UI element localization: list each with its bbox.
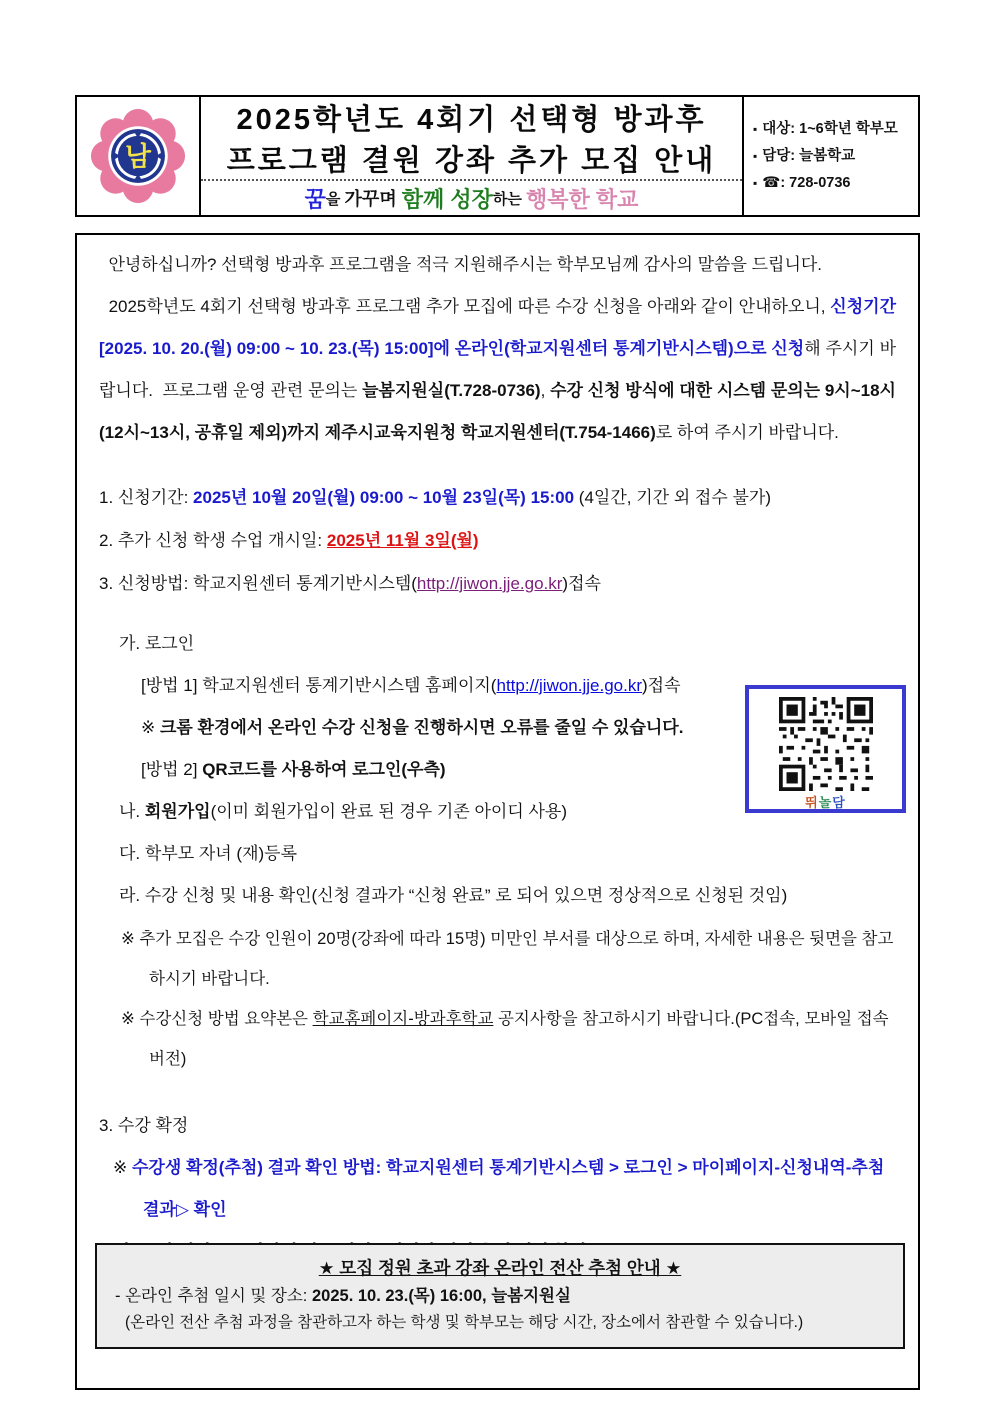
- reference-mark: ※: [113, 1158, 132, 1177]
- reference-mark: ※: [141, 718, 160, 737]
- qr-label-char: 놀: [819, 795, 833, 810]
- slogan-particle: 을: [326, 188, 345, 209]
- note-capacity: ※ 추가 모집은 수강 인원이 20명(강좌에 따라 15명) 미만인 부서를 …: [121, 919, 896, 999]
- notes-section: ※ 추가 모집은 수강 인원이 20명(강좌에 따라 15명) 미만인 부서를 …: [99, 919, 896, 1079]
- square-bullet-icon: ▪: [753, 116, 757, 143]
- chrome-note-text: 크롬 환경에서 온라인 수강 신청을 진행하시면 오류를 줄일 수 있습니다.: [160, 718, 683, 737]
- qr-label-char: 뛰: [805, 795, 819, 810]
- intro-seg7: 로 하여 주시기 바랍니다.: [656, 423, 839, 442]
- item2-label: 2. 추가 신청 학생 수업 개시일:: [99, 531, 327, 550]
- note-summary: ※ 수강신청 방법 요약본은 학교홈페이지-방과후학교 공지사항을 참고하시기 …: [121, 999, 896, 1079]
- result-check-note: ※ 수강생 확정(추첨) 결과 확인 방법: 학교지원센터 통계기반시스템 > …: [113, 1147, 896, 1231]
- emblem-glyph: 남: [125, 141, 152, 172]
- confirmation-heading: 3. 수강 확정: [99, 1105, 896, 1147]
- slogan-word-together: 함께: [402, 183, 451, 214]
- school-logo-cell: 남: [77, 97, 201, 215]
- qr-label-char: 담: [832, 795, 846, 810]
- item1-period-value: 2025년 10월 20일(월) 09:00 ~ 10월 23일(목) 15:0…: [193, 488, 574, 507]
- slogan-particle: 하는: [493, 188, 526, 209]
- login-heading: 가. 로그인: [119, 623, 896, 665]
- qr-code-icon: [779, 697, 873, 791]
- qr-service-label: 뛰놀담: [749, 796, 902, 810]
- list-item-method: 3. 신청방법: 학교지원센터 통계기반시스템(http://jiwon.jje…: [99, 562, 896, 605]
- document-title-line1: 2025학년도 4회기 선택형 방과후: [201, 97, 742, 138]
- slogan-word-grow: 성장: [450, 183, 493, 214]
- intro-seg1: 2025학년도 4회기 선택형 방과후 프로그램 추가 모집에 따른 수강 신청…: [99, 297, 830, 316]
- method2-label: [방법 2]: [141, 760, 202, 779]
- lottery-notice-box: ★ 모집 정원 초과 강좌 온라인 전산 추첨 안내 ★ - 온라인 추첨 일시…: [95, 1243, 905, 1349]
- method2-qr-text: QR코드를 사용하여 로그인(우측): [202, 760, 445, 779]
- lottery-datetime-label: - 온라인 추첨 일시 및 장소:: [115, 1287, 312, 1305]
- list-item-start-date: 2. 추가 신청 학생 수업 개시일: 2025년 11월 3일(월): [99, 519, 896, 562]
- jiwon-url-link[interactable]: http://jiwon.jje.go.kr: [417, 574, 563, 593]
- method1-tail: )접속: [642, 676, 681, 695]
- intro-seg5: ,: [541, 381, 550, 400]
- item3-label: 3. 신청방법: 학교지원센터 통계기반시스템(: [99, 574, 417, 593]
- header-title-cell: 2025학년도 4회기 선택형 방과후 프로그램 결원 강좌 추가 모집 안내 …: [201, 97, 742, 215]
- info-phone: ▪☎: 728-0736: [753, 170, 909, 197]
- list-item-period: 1. 신청기간: 2025년 10월 20일(월) 09:00 ~ 10월 23…: [99, 476, 896, 519]
- school-emblem-icon: 남: [90, 108, 186, 204]
- info-target: ▪대상: 1~6학년 학부모: [753, 116, 909, 143]
- info-phone-text: ☎: 728-0736: [762, 175, 850, 191]
- jiwon-homepage-link[interactable]: http://jiwon.jje.go.kr: [496, 676, 642, 695]
- qr-login-box: 뛰놀담: [745, 685, 906, 813]
- info-target-text: 대상: 1~6학년 학부모: [762, 121, 898, 137]
- note-summary-pre: ※ 수강신청 방법 요약본은: [121, 1010, 313, 1028]
- signup-prefix: 나.: [119, 802, 145, 821]
- intro-greeting: 안녕하십니까? 선택형 방과후 프로그램을 적극 지원해주시는 학부모님께 감사…: [99, 244, 896, 286]
- lottery-datetime-line: - 온라인 추첨 일시 및 장소: 2025. 10. 23.(목) 16:00…: [115, 1281, 885, 1311]
- signup-tail: (이미 회원가입이 완료 된 경우 기존 아이디 사용): [211, 802, 567, 821]
- signup-bold: 회원가입: [145, 802, 211, 821]
- register-child-item: 다. 학부모 자녀 (재)등록: [119, 833, 896, 875]
- result-check-path: 수강생 확정(추첨) 결과 확인 방법: 학교지원센터 통계기반시스템 > 로그…: [132, 1158, 884, 1219]
- slogan-word-happy-school: 행복한 학교: [526, 183, 638, 214]
- item2-date-value: 2025년 11월 3일(월): [327, 531, 479, 550]
- square-bullet-icon: ▪: [753, 170, 757, 197]
- slogan-word: 가꾸며: [345, 185, 402, 211]
- homepage-menu-underline: 학교홈페이지-방과후학교: [313, 1010, 494, 1028]
- method1-text: [방법 1] 학교지원센터 통계기반시스템 홈페이지(: [141, 676, 496, 695]
- info-department: ▪담당: 늘봄학교: [753, 143, 909, 170]
- main-list: 1. 신청기간: 2025년 10월 20일(월) 09:00 ~ 10월 23…: [99, 476, 896, 605]
- lottery-datetime-value: 2025. 10. 23.(목) 16:00, 늘봄지원실: [312, 1287, 571, 1305]
- neulbom-office-phone: 늘봄지원실(T.728-0736): [362, 381, 541, 400]
- intro-paragraph: 2025학년도 4회기 선택형 방과후 프로그램 추가 모집에 따른 수강 신청…: [99, 286, 896, 454]
- item1-label: 1. 신청기간:: [99, 488, 193, 507]
- slogan-word-dream: 꿈: [305, 183, 326, 214]
- school-slogan: 꿈을 가꾸며 함께 성장하는 행복한 학교: [201, 179, 742, 215]
- header-info-cell: ▪대상: 1~6학년 학부모 ▪담당: 늘봄학교 ▪☎: 728-0736: [742, 97, 918, 215]
- document-title-line2: 프로그램 결원 강좌 추가 모집 안내: [201, 138, 742, 179]
- document-body: 안녕하십니까? 선택형 방과후 프로그램을 적극 지원해주시는 학부모님께 감사…: [75, 233, 920, 1390]
- notice-document: 남 2025학년도 4회기 선택형 방과후 프로그램 결원 강좌 추가 모집 안…: [0, 0, 992, 1403]
- square-bullet-icon: ▪: [753, 143, 757, 170]
- document-header: 남 2025학년도 4회기 선택형 방과후 프로그램 결원 강좌 추가 모집 안…: [75, 95, 920, 217]
- item3-tail: )접속: [562, 574, 601, 593]
- lottery-notice-title: ★ 모집 정원 초과 강좌 온라인 전산 추첨 안내 ★: [115, 1255, 885, 1281]
- apply-check-item: 라. 수강 신청 및 내용 확인(신청 결과가 “신청 완료” 로 되어 있으면…: [119, 875, 896, 917]
- info-department-text: 담당: 늘봄학교: [762, 148, 855, 164]
- item1-note: (4일간, 기간 외 접수 불가): [574, 488, 771, 507]
- lottery-observe-note: (온라인 전산 추첨 과정을 참관하고자 하는 학생 및 학부모는 해당 시간,…: [115, 1311, 885, 1335]
